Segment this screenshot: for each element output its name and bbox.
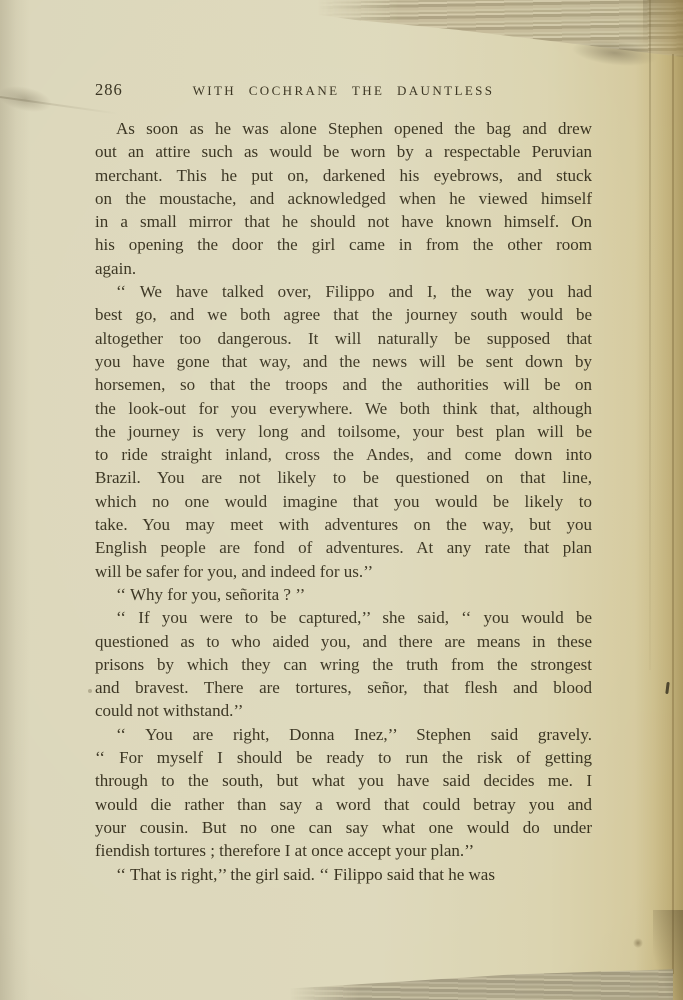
text-line: questioned as to who aided you, and ther… <box>95 630 592 653</box>
text-line: which no one would imagine that you woul… <box>95 490 592 513</box>
text-line: horsemen, so that the troops and the aut… <box>95 373 592 396</box>
page-crease-right <box>649 0 651 670</box>
text-line: your cousin. But no one can say what one… <box>95 816 592 839</box>
text-line: on the moustache, and acknowledged when … <box>95 187 592 210</box>
text-line: will be safer for you, and indeed for us… <box>95 560 592 583</box>
text-line: through to the south, but what you have … <box>95 769 592 792</box>
text-line: English people are fond of adventures. A… <box>95 536 592 559</box>
margin-speck <box>88 689 92 693</box>
text-line: in a small mirror that he should not hav… <box>95 210 592 233</box>
text-line: ‘‘ You are right, Donna Inez,’’ Stephen … <box>95 723 592 746</box>
text-line: could not withstand.’’ <box>95 699 592 722</box>
text-line: to ride straight inland, cross the Andes… <box>95 443 592 466</box>
text-line: best go, and we both agree that the jour… <box>95 303 592 326</box>
page-scan: 286 WITH COCHRANE THE DAUNTLESS As soon … <box>0 0 683 1000</box>
text-line: ‘‘ That is right,’’ the girl said. ‘‘ Fi… <box>95 863 592 886</box>
text-line: would die rather than say a word that co… <box>95 793 592 816</box>
text-line: ‘‘ If you were to be captured,’’ she sai… <box>95 606 592 629</box>
text-line: and bravest. There are tortures, señor, … <box>95 676 592 699</box>
text-line: his opening the door the girl came in fr… <box>95 233 592 256</box>
text-line: As soon as he was alone Stephen opened t… <box>95 117 592 140</box>
text-line: ‘‘ Why for you, señorita ? ’’ <box>95 583 592 606</box>
text-line: you have gone that way, and the news wil… <box>95 350 592 373</box>
text-line: ‘‘ We have talked over, Filippo and I, t… <box>95 280 592 303</box>
text-line: the look-out for you everywhere. We both… <box>95 397 592 420</box>
paper-speck <box>633 938 643 948</box>
page-edge-streaks-bottom <box>290 956 673 1000</box>
page-edge-line-right <box>672 54 674 974</box>
text-line: altogether too dangerous. It will natura… <box>95 327 592 350</box>
text-line: ‘‘ For myself I should be ready to run t… <box>95 746 592 769</box>
text-line: prisons by which they can wring the trut… <box>95 653 592 676</box>
page-header: 286 WITH COCHRANE THE DAUNTLESS <box>95 80 592 100</box>
text-line: again. <box>95 257 592 280</box>
text-line: the journey is very long and toilsome, y… <box>95 420 592 443</box>
text-block: As soon as he was alone Stephen opened t… <box>95 117 592 886</box>
page-corner-bottom-right <box>653 910 683 1000</box>
text-line: fiendish tortures ; therefore I at once … <box>95 839 592 862</box>
page-edge-right <box>635 0 683 1000</box>
page-gutter-shadow <box>0 0 30 1000</box>
text-line: out an attire such as would be worn by a… <box>95 140 592 163</box>
text-line: merchant. This he put on, darkened his e… <box>95 164 592 187</box>
text-line: Brazil. You are not likely to be questio… <box>95 466 592 489</box>
text-line: take. You may meet with adventures on th… <box>95 513 592 536</box>
running-title: WITH COCHRANE THE DAUNTLESS <box>95 83 592 99</box>
